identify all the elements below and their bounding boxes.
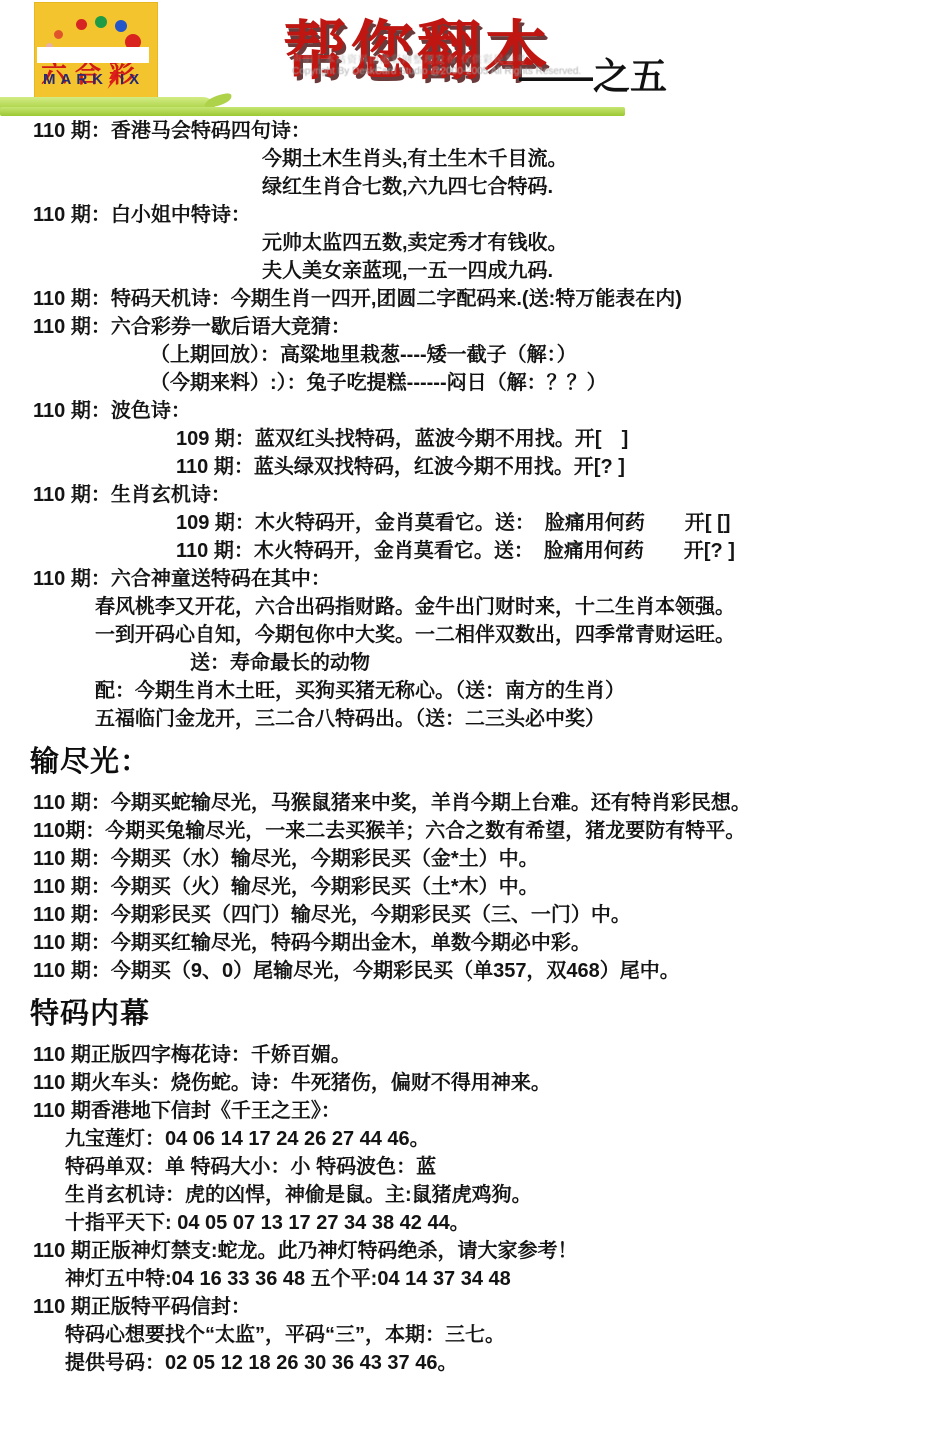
mark-six-logo: 六合彩 MARK IX <box>34 2 158 98</box>
text-line: 特码单双：单 特码大小：小 特码波色：蓝 <box>65 1153 942 1181</box>
logo-brand-row: MARK IX <box>43 70 144 89</box>
text-line: （今期来料）:）：兔子吃提糕------闷日（解：？？） <box>150 369 942 397</box>
text-line: 五福临门金龙开，三二合八特码出。（送：二三头必中奖） <box>95 705 942 733</box>
text-line: 109 期：木火特码开，金肖莫看它。送： 脸痛用何药 开[ [] <box>176 509 942 537</box>
header: 六合彩 MARK IX 帮您翻本 ——之五 声明丨本站资料由港彩网整理发布 仅供… <box>0 0 942 118</box>
text-line: 绿红生肖合七数,六九四七合特码. <box>262 173 942 201</box>
section-heading: 特码内幕 <box>30 995 942 1033</box>
text-line: 110 期：六合神童送特码在其中： <box>33 565 942 593</box>
text-line: （上期回放）：高粱地里栽葱----矮一截子（解：） <box>150 341 942 369</box>
logo-brand-mark: MARK <box>43 71 108 88</box>
copyright-line-zh: 声明丨本站资料由港彩网整理发布 仅供彩民参考 <box>292 51 527 66</box>
text-line: 110 期：香港马会特码四句诗： <box>33 117 942 145</box>
logo-dot <box>115 20 127 32</box>
text-line: 110 期火车头：烧伤蛇。诗：牛死猪伤，偏财不得用神来。 <box>33 1069 942 1097</box>
text-line: 一到开码心自知，今期包你中大奖。一二相伴双数出，四季常青财运旺。 <box>95 621 942 649</box>
text-line: 110 期：木火特码开，金肖莫看它。送： 脸痛用何药 开[? ] <box>176 537 942 565</box>
copyright-line-en: Copyright By DeskCard Studio @2000-2005 … <box>292 66 581 77</box>
text-line: 配：今期生肖木土旺，买狗买猪无称心。（送：南方的生肖） <box>95 677 942 705</box>
logo-white-band <box>37 47 149 63</box>
text-line: 110 期：今期买蛇输尽光，马猴鼠猪来中奖，羊肖今期上台难。还有特肖彩民想。 <box>33 789 942 817</box>
text-line: 110 期：今期买（水）输尽光，今期彩民买（金*土）中。 <box>33 845 942 873</box>
text-line: 九宝莲灯：04 06 14 17 24 26 27 44 46。 <box>65 1125 942 1153</box>
text-line: 110 期香港地下信封《千王之王》： <box>33 1097 942 1125</box>
text-line: 110 期：特码天机诗：今期生肖一四开,团圆二字配码来.(送:特万能表在内) <box>33 285 942 313</box>
text-line: 110 期：今期买红输尽光，特码今期出金木，单数今期必中彩。 <box>33 929 942 957</box>
text-line: 110 期：蓝头绿双找特码，红波今期不用找。开[? ] <box>176 453 942 481</box>
text-line: 110期：今期买兔输尽光，一来二去买猴羊；六合之数有希望，猪龙要防有特平。 <box>33 817 942 845</box>
text-line: 十指平天下: 04 05 07 13 17 27 34 38 42 44。 <box>65 1209 942 1237</box>
text-line: 110 期正版四字梅花诗：千娇百媚。 <box>33 1041 942 1069</box>
lottery-tip-sheet: 六合彩 MARK IX 帮您翻本 ——之五 声明丨本站资料由港彩网整理发布 仅供… <box>0 0 942 1438</box>
text-line: 110 期：今期彩民买（四门）输尽光，今期彩民买（三、一门）中。 <box>33 901 942 929</box>
text-line: 生肖玄机诗：虎的凶悍，神偷是鼠。主:鼠猪虎鸡狗。 <box>65 1181 942 1209</box>
text-line: 110 期：白小姐中特诗： <box>33 201 942 229</box>
text-line: 110 期：生肖玄机诗： <box>33 481 942 509</box>
text-line: 元帅太监四五数,卖定秀才有钱收。 <box>262 229 942 257</box>
logo-dot <box>54 30 63 39</box>
content: 110 期：香港马会特码四句诗：今期土木生肖头,有土生木千目流。绿红生肖合七数,… <box>0 117 942 1377</box>
text-line: 今期土木生肖头,有土生木千目流。 <box>262 145 942 173</box>
logo-dot <box>95 16 107 28</box>
text-line: 109 期：蓝双红头找特码，蓝波今期不用找。开[ ] <box>176 425 942 453</box>
green-divider <box>0 107 625 116</box>
text-line: 春风桃李又开花，六合出码指财路。金牛出门财时来，十二生肖本领强。 <box>95 593 942 621</box>
green-divider-leaf <box>203 93 232 109</box>
text-line: 110 期正版特平码信封： <box>33 1293 942 1321</box>
text-line: 110 期正版神灯禁支:蛇龙。此乃神灯特码绝杀，请大家参考！ <box>33 1237 942 1265</box>
page-title: 帮您翻本 <box>283 0 551 92</box>
text-line: 神灯五中特:04 16 33 36 48 五个平:04 14 37 34 48 <box>65 1265 942 1293</box>
logo-dot <box>76 19 87 30</box>
text-line: 特码心想要找个“太监”，平码“三”，本期：三七。 <box>65 1321 942 1349</box>
text-line: 提供号码：02 05 12 18 26 30 36 43 37 46。 <box>65 1349 942 1377</box>
text-line: 夫人美女亲蓝现,一五一四成九码. <box>262 257 942 285</box>
text-line: 送：寿命最长的动物 <box>190 649 942 677</box>
text-line: 110 期：今期买（火）输尽光，今期彩民买（土*木）中。 <box>33 873 942 901</box>
text-line: 110 期：波色诗： <box>33 397 942 425</box>
text-line: 110 期：六合彩券一歇后语大竞猜： <box>33 313 942 341</box>
text-line: 110 期：今期买（9、0）尾输尽光，今期彩民买（单357，双468）尾中。 <box>33 957 942 985</box>
lightning-bolt-icon <box>106 70 119 89</box>
section-heading: 输尽光： <box>30 743 942 781</box>
logo-brand-ix: IX <box>120 71 144 88</box>
